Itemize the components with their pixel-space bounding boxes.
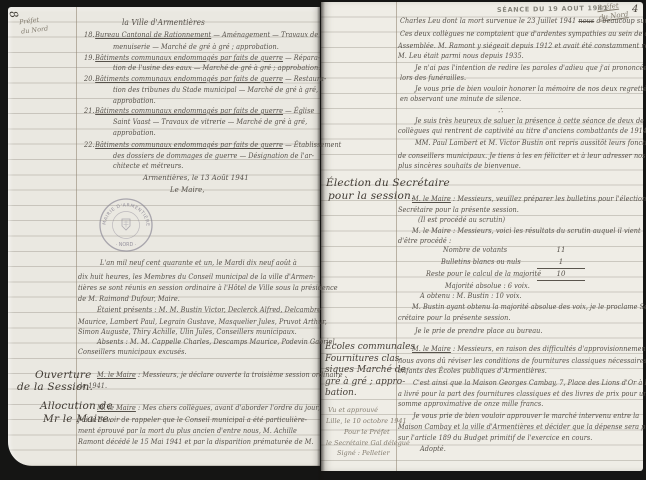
vote-result-line: M. Bustin ayant obtenu la majorité absol…	[412, 303, 646, 312]
prefecture-approval-line: Pour le Préfet	[344, 428, 390, 436]
agenda-item-rest: — Restaura-	[283, 75, 326, 83]
struck-word: nous	[578, 17, 594, 25]
eulogy-line: M. Leu était parmi nous depuis 1935.	[398, 52, 524, 61]
speech-line: C'est ainsi que la Maison Georges Cambay…	[413, 379, 646, 388]
speech-text: : Messieurs, veuillez préparer les bulle…	[451, 195, 646, 203]
agenda-item: 18.Bureau Cantonal de Rationnement — Amé…	[84, 31, 318, 40]
speaker-label: M. le Maire	[97, 404, 136, 412]
session-opening-line: tières se sont réunis en session ordinai…	[78, 284, 338, 293]
agenda-item-rest: — Aménagement — Travaux de	[211, 31, 318, 39]
agenda-item: 21.Bâtiments communaux endommagés par fa…	[84, 107, 314, 116]
eulogy-line: lors des funérailles.	[400, 74, 466, 83]
speech-text: : Mes chers collègues, avant d'aborder l…	[136, 404, 320, 412]
speaker-label: M. le Maire	[412, 195, 451, 203]
vote-row-label: Nombre de votants	[443, 246, 507, 255]
mayor-signature-label: Le Maire,	[170, 185, 205, 194]
agenda-item-cont: tion des tribunes du Stade municipal — M…	[113, 86, 318, 95]
vote-row-value: 10	[538, 270, 584, 279]
agenda-item-subject: Bâtiments communaux endommagés par faits…	[95, 141, 283, 149]
tally-rule	[537, 280, 585, 281]
speech-line: M. le Maire : Mes chers collègues, avant…	[97, 404, 320, 413]
agenda-item-rest: — Église	[283, 107, 314, 115]
register-scan: 8 Préfet du Nord la Ville d'Armentières …	[0, 0, 646, 480]
eulogy-line: Charles Leu dont la mort survenue le 23 …	[400, 17, 646, 26]
agenda-item-cont: approbation.	[113, 97, 156, 106]
agenda-item-subject: Bureau Cantonal de Rationnement	[95, 31, 211, 39]
vote-result-line: crétaire pour la présente session.	[398, 314, 511, 323]
speech-line: Secrétaire pour la présente session.	[398, 206, 519, 215]
agenda-item-cont: menuiserie — Marché de gré à gré ; appro…	[113, 43, 279, 52]
tally-rule	[537, 268, 585, 269]
agenda-heading-continuation: la Ville d'Armentières	[122, 18, 205, 27]
absents-line: Absents : M. M. Cappelle Charles, Descam…	[97, 338, 337, 347]
agenda-item-subject: Bâtiments communaux endommagés par faits…	[95, 54, 283, 62]
margin-heading-ouverture: Ouverture	[35, 369, 92, 381]
agenda-item-number: 22.	[84, 141, 95, 150]
agenda-item: 19.Bâtiments communaux endommagés par fa…	[84, 54, 320, 63]
speech-line: enfants des Écoles publiques d'Armentièr…	[398, 367, 547, 376]
speaker-label: M. le Maire	[412, 345, 451, 353]
attendance-line: Étaient présents : M. M. Bustin Victor, …	[97, 306, 321, 315]
speech-text: : Messieurs, en raison des difficultés d…	[451, 345, 646, 353]
speech-text: : Messieurs, je déclare ouverte la trois…	[136, 371, 343, 379]
vote-row-label: Reste pour le calcul de la majorité	[426, 270, 541, 279]
agenda-item-number: 20.	[84, 75, 95, 84]
welcome-line: Je suis très heureux de saluer la présen…	[415, 117, 646, 126]
speech-line: M. le Maire : Messieurs, en raison des d…	[412, 345, 646, 354]
welcome-line: de conseillers municipaux. Je tiens à le…	[398, 152, 646, 161]
vote-result-line: Je le prie de prendre place au bureau.	[415, 327, 543, 336]
vote-result-line: Majorité absolue : 6 voix.	[445, 282, 530, 291]
eulogy-line: Assemblée. M. Ramont y siégeait depuis 1…	[398, 42, 646, 51]
procedure-note: (Il est procédé au scrutin)	[418, 216, 505, 225]
vote-row-value: 1	[538, 258, 584, 267]
speech-line: j'ai le devoir de rappeler que le Consei…	[78, 416, 307, 425]
agenda-item-cont: approbation.	[113, 129, 156, 138]
agenda-item: 22.Bâtiments communaux endommagés par fa…	[84, 141, 341, 150]
prefecture-approval-line: Lille, le 10 octobre 1941	[326, 417, 407, 425]
speech-line: de 1941.	[78, 382, 107, 391]
margin-heading-ecoles: Écoles communales	[325, 342, 415, 353]
eulogy-line: en observant une minute de silence.	[400, 95, 521, 104]
agenda-item-number: 18.	[84, 31, 95, 40]
speech-line: sur l'article 189 du Budget primitif de …	[398, 434, 592, 443]
attendance-line: Simon Auguste, Thiry Achille, Ulin Jules…	[78, 328, 297, 337]
decision-line: Adopté.	[420, 445, 446, 454]
dateline: Armentières, le 13 Août 1941	[143, 173, 249, 182]
margin-heading-election: Élection du Secrétaire	[326, 177, 450, 189]
speech-line: somme approximative de onze mille francs…	[398, 400, 543, 409]
agenda-item-rest: — Répara-	[283, 54, 320, 62]
agenda-item-subject: Bâtiments communaux endommagés par faits…	[95, 75, 283, 83]
prefecture-approval-line: Signé : Pelletier	[337, 449, 390, 457]
speech-line: d'être procédé :	[398, 237, 451, 246]
attendance-line: Maurice, Lambert Paul, Legrain Gustave, …	[78, 318, 327, 327]
speech-text: : Messieurs, voici les résultats du scru…	[451, 227, 641, 235]
speech-line: ment éprouvé par la mort du plus ancien …	[78, 427, 297, 436]
eulogy-line: Je vous prie de bien vouloir honorer la …	[415, 85, 646, 94]
margin-heading-ecoles: Fournitures clas-	[325, 354, 402, 365]
margin-heading-ecoles: siques Marché de	[325, 365, 406, 376]
agenda-item-cont: tion de l'usine des eaux — Marché de gré…	[113, 64, 320, 73]
speech-line: Ramont décédé le 15 Mai 1941 et par la d…	[78, 438, 314, 447]
welcome-line: MM. Paul Lambert et M. Victor Bustin ont…	[415, 139, 646, 148]
left-page-margin-rule	[76, 7, 77, 466]
absents-line: Conseillers municipaux excusés.	[78, 348, 187, 357]
agenda-item: 20.Bâtiments communaux endommagés par fa…	[84, 75, 326, 84]
right-folio-number: 4	[632, 4, 638, 15]
agenda-item-cont: chitecte et métreurs.	[113, 162, 183, 171]
agenda-item-cont: Saint Vaast — Travaux de vitrerie — Marc…	[113, 118, 307, 127]
eulogy-line: Ces deux collègues ne comptaient que d'a…	[400, 30, 646, 39]
speech-line: M. le Maire : Messieurs, veuillez prépar…	[412, 195, 646, 204]
session-opening-line: L'an mil neuf cent quarante et un, le Ma…	[100, 259, 297, 268]
margin-heading-election: pour la session.	[328, 190, 414, 202]
agenda-item-cont: des dossiers de dommages de guerre — Dés…	[113, 152, 314, 161]
section-separator: ∴	[498, 106, 503, 115]
margin-heading-ecoles: gré à gré ; appro-	[325, 377, 405, 388]
welcome-line: plus sincères souhaits de bienvenue.	[398, 162, 521, 171]
speech-line: M. le Maire : Messieurs, voici les résul…	[412, 227, 641, 236]
eulogy-text: Charles Leu dont la mort survenue le 23 …	[400, 17, 578, 25]
margin-heading-ecoles: bation.	[325, 388, 357, 399]
eulogy-line: Je n'ai pas l'intention de redire les pa…	[415, 64, 646, 73]
agenda-item-subject: Bâtiments communaux endommagés par faits…	[95, 107, 283, 115]
speech-line: Je vous prie de bien vouloir approuver l…	[413, 412, 639, 421]
stamp-bottom-text: · NORD ·	[116, 242, 137, 248]
mairie-armentieres-stamp: MAIRIE D'ARMENTIÈRES · NORD ·	[97, 196, 155, 254]
vote-row-value: 11	[538, 246, 584, 255]
agenda-item-number: 19.	[84, 54, 95, 63]
speaker-label: M. le Maire	[97, 371, 136, 379]
speech-line: M. le Maire : Messieurs, je déclare ouve…	[97, 371, 343, 380]
session-opening-line: de M. Raimond Dufour, Maire.	[78, 295, 180, 304]
session-opening-line: dix huit heures, les Membres du Conseil …	[78, 273, 315, 282]
agenda-item-number: 21.	[84, 107, 95, 116]
speaker-label: M. le Maire	[412, 227, 451, 235]
agenda-item-rest: — Établissement	[283, 141, 341, 149]
right-page-margin-rule	[396, 2, 397, 471]
eulogy-text: a beaucoup surpris.	[594, 17, 646, 25]
speech-line: a livré pour la part des fournitures cla…	[398, 390, 646, 399]
prefecture-approval-line: Vu et approuvé	[328, 406, 378, 414]
speech-line: Maison Cambay et la ville d'Armentières …	[398, 423, 646, 432]
welcome-line: collègues qui rentrent de captivité au t…	[398, 127, 646, 136]
vote-result-line: A obtenu : M. Bustin : 10 voix.	[420, 292, 522, 301]
speech-line: nous avons dû réviser les conditions de …	[398, 357, 646, 366]
vote-row-label: Bulletins blancs ou nuls	[441, 258, 521, 267]
